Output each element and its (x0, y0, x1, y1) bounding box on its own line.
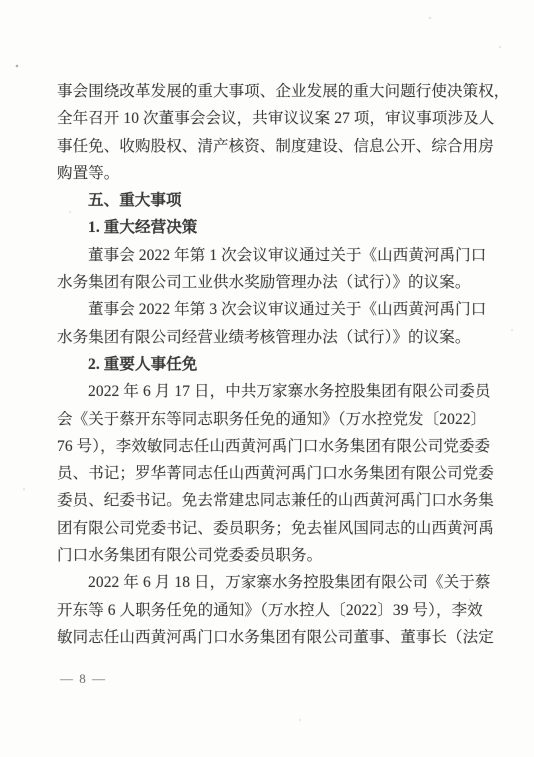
text-line: 2022 年 6 月 18 日，万家寨水务控股集团有限公司《关于蔡 (57, 569, 497, 596)
text-line: 76 号），李效敏同志任山西黄河禹门口水务集团有限公司党委委 (57, 433, 497, 460)
text-line: 事会围绕改革发展的重大事项、企业发展的重大问题行使决策权， (57, 78, 497, 105)
text-line: 水务集团有限公司经营业绩考核管理办法（试行）》的议案。 (57, 324, 497, 351)
text-line: 全年召开 10 次董事会会议，共审议议案 27 项，审议事项涉及人 (57, 105, 497, 132)
text-line: 2022 年 6 月 17 日，中共万家寨水务控股集团有限公司委员 (57, 378, 497, 405)
subsection-heading: 2. 重要人事任免 (57, 351, 497, 378)
text-line: 董事会 2022 年第 3 次会议审议通过关于《山西黄河禹门口 (57, 296, 497, 323)
text-line: 敏同志任山西黄河禹门口水务集团有限公司董事、董事长（法定 (57, 624, 497, 651)
text-line: 事任免、收购股权、清产核资、制度建设、信息公开、综合用房 (57, 133, 497, 160)
text-line: 委员、纪委书记。免去常建忠同志兼任的山西黄河禹门口水务集 (57, 487, 497, 514)
text-line: 水务集团有限公司工业供水奖励管理办法（试行）》的议案。 (57, 269, 497, 296)
text-line: 团有限公司党委书记、委员职务；免去崔风国同志的山西黄河禹 (57, 515, 497, 542)
text-line: 门口水务集团有限公司党委委员职务。 (57, 542, 497, 569)
page-number: — 8 — (60, 671, 107, 687)
scanned-document-page: 事会围绕改革发展的重大事项、企业发展的重大问题行使决策权， 全年召开 10 次董… (0, 0, 534, 757)
subsection-heading: 1. 重大经营决策 (57, 214, 497, 241)
text-line: 会《关于蔡开东等同志职务任免的通知》（万水控党发〔2022〕 (57, 406, 497, 433)
text-line: 开东等 6 人职务任免的通知》（万水控人〔2022〕39 号），李效 (57, 597, 497, 624)
text-line: 购置等。 (57, 160, 497, 187)
document-body: 事会围绕改革发展的重大事项、企业发展的重大问题行使决策权， 全年召开 10 次董… (57, 78, 497, 651)
text-line: 员、书记；罗华菁同志任山西黄河禹门口水务集团有限公司党委 (57, 460, 497, 487)
text-line: 董事会 2022 年第 1 次会议审议通过关于《山西黄河禹门口 (57, 242, 497, 269)
section-heading: 五、重大事项 (57, 187, 497, 214)
